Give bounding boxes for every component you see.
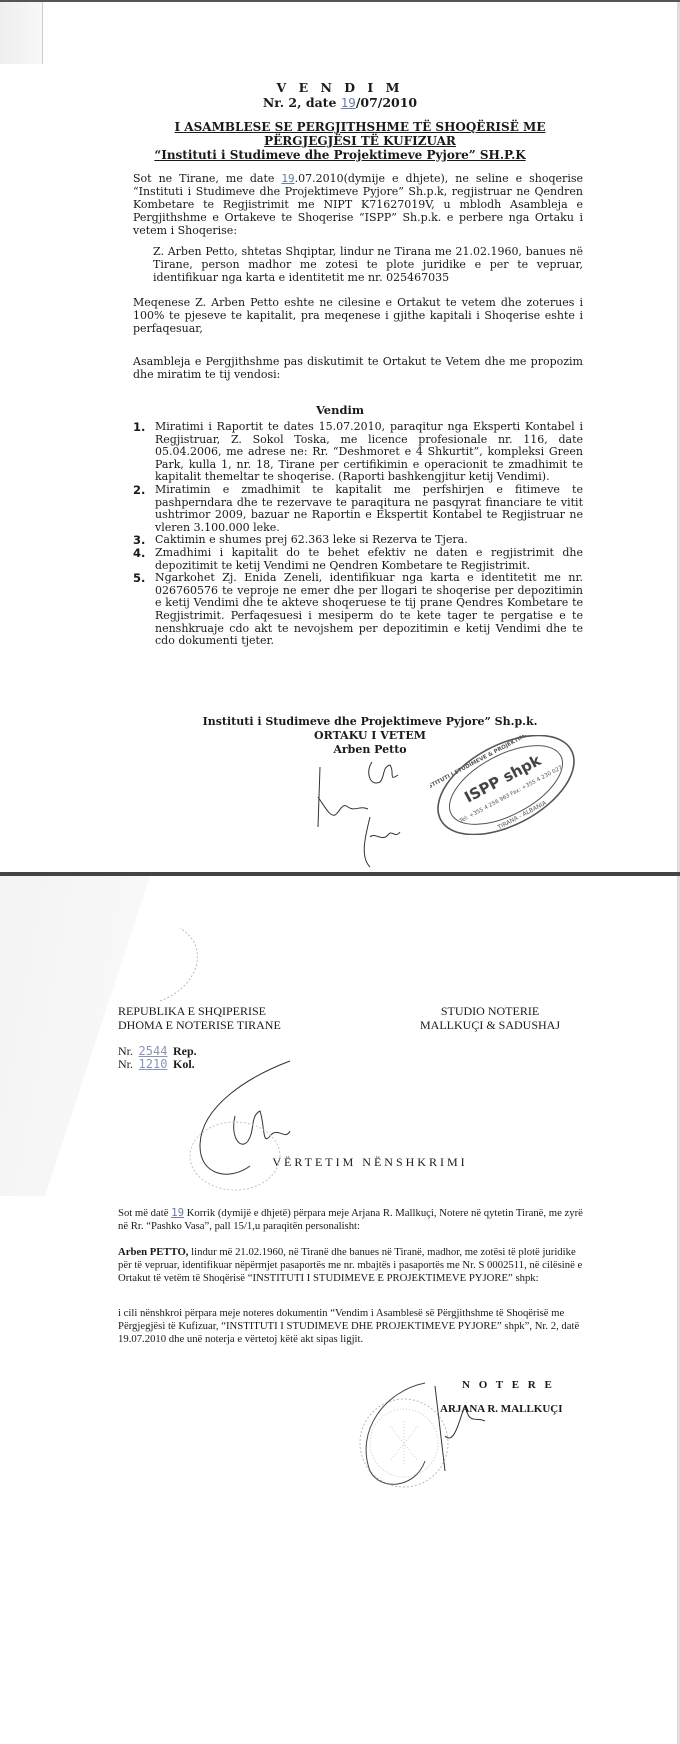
chamber-label: DHOMA E NOTERISE TIRANE — [118, 1018, 281, 1032]
notary-label: N O T E R E — [462, 1379, 555, 1391]
item-text: Zmadhimi i kapitalit do te behet efektiv… — [155, 546, 583, 572]
asambleja-paragraph: Asambleja e Pergjithshme pas diskutimit … — [133, 355, 583, 381]
kol-handwritten-number: 1210 — [136, 1057, 170, 1071]
para1-text-2: Korrik (dymijë e dhjetë) përpara meje Ar… — [118, 1207, 583, 1232]
assembly-heading: I ASAMBLESE SE PERGJITHSHME TË SHOQËRISË… — [130, 120, 590, 148]
person-name: Arben PETTO, — [118, 1246, 188, 1258]
certification-paragraph-2: Arben PETTO, lindur më 21.02.1960, në Ti… — [118, 1246, 588, 1285]
item-number: 4. — [133, 547, 145, 560]
handwritten-signature-icon — [300, 757, 430, 872]
header-left: REPUBLIKA E SHQIPERISE DHOMA E NOTERISE … — [118, 1004, 281, 1032]
scan-edge — [0, 2, 43, 64]
meqenese-paragraph: Meqenese Z. Arben Petto eshte ne cilesin… — [133, 296, 583, 335]
rep-prefix: Nr. — [118, 1044, 133, 1058]
decision-item: 1.Miratimi i Raportit te dates 15.07.201… — [155, 421, 583, 484]
certification-title: VËRTETIM NËNSHKRIMI — [0, 1155, 680, 1170]
notary-name: ARJANA R. MALLKUÇI — [440, 1403, 563, 1415]
decision-items: 1.Miratimi i Raportit te dates 15.07.201… — [155, 421, 583, 648]
item-number: 5. — [133, 572, 145, 585]
intro-paragraph: Sot ne Tirane, me date 19.07.2010(dymije… — [133, 172, 583, 237]
handwritten-day: 19 — [281, 172, 294, 185]
header-right: STUDIO NOTERIE MALLKUÇI & SADUSHAJ — [400, 1004, 580, 1032]
page-1-decision: V E N D I M Nr. 2, date 19/07/2010 I ASA… — [0, 0, 680, 874]
vendim-heading: Vendim — [0, 403, 680, 417]
item-text: Ngarkohet Zj. Enida Zeneli, identifikuar… — [155, 571, 583, 647]
folded-corner — [0, 876, 150, 1196]
rep-handwritten-number: 2544 — [136, 1044, 170, 1058]
studio-name: MALLKUÇI & SADUSHAJ — [400, 1018, 580, 1032]
svg-text:TIRANA - ALBANIA: TIRANA - ALBANIA — [496, 799, 549, 831]
item-text: Caktimin e shumes prej 62.363 leke si Re… — [155, 533, 468, 546]
handwritten-day: 19 — [341, 95, 356, 110]
certification-paragraph-1: Sot më datë 19 Korrik (dymijë e dhjetë) … — [118, 1206, 588, 1233]
item-text: Miratimi i Raportit te dates 15.07.2010,… — [155, 420, 583, 483]
item-number: 1. — [133, 421, 145, 434]
faint-seal-icon — [150, 926, 220, 1006]
intro-text-1: Sot ne Tirane, me date — [133, 172, 281, 185]
studio-label: STUDIO NOTERIE — [400, 1004, 580, 1018]
number-prefix: Nr. 2, date — [263, 95, 341, 110]
kol-prefix: Nr. — [118, 1057, 133, 1071]
republic-label: REPUBLIKA E SHQIPERISE — [118, 1004, 281, 1018]
page-2-notary-certification: REPUBLIKA E SHQIPERISE DHOMA E NOTERISE … — [0, 872, 680, 1744]
signature-company: Instituti i Studimeve dhe Projektimeve P… — [150, 715, 590, 729]
person-details: lindur më 21.02.1960, në Tiranë dhe banu… — [118, 1246, 582, 1284]
person-paragraph: Z. Arben Petto, shtetas Shqiptar, lindur… — [153, 245, 583, 284]
decision-item: 2.Miratimin e zmadhimit te kapitalit me … — [155, 484, 583, 534]
company-stamp-icon: ISPP shpk Tel: +355 4 256 963 Fax: +355 … — [430, 735, 582, 835]
certification-paragraph-3: i cili nënshkroi përpara meje noteres do… — [118, 1307, 588, 1346]
notary-signature-2-icon — [430, 1376, 500, 1476]
item-number: 2. — [133, 484, 145, 497]
handwritten-day: 19 — [171, 1206, 184, 1219]
company-heading: “Instituti i Studimeve dhe Projektimeve … — [0, 148, 680, 162]
decision-item: 4.Zmadhimi i kapitalit do te behet efekt… — [155, 547, 583, 572]
item-text: Miratimin e zmadhimit te kapitalit me pe… — [155, 483, 583, 534]
decision-item: 5.Ngarkohet Zj. Enida Zeneli, identifiku… — [155, 572, 583, 648]
number-suffix: /07/2010 — [356, 95, 417, 110]
decision-number: Nr. 2, date 19/07/2010 — [0, 95, 680, 110]
document-title: V E N D I M — [0, 80, 680, 95]
para1-text-1: Sot më datë — [118, 1207, 171, 1219]
